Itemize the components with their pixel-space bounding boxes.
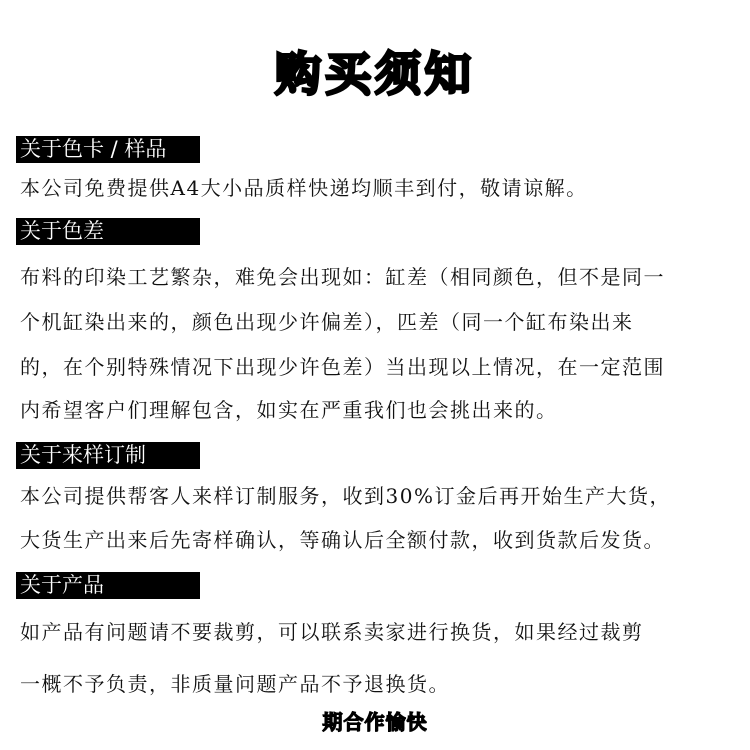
section-text-line: 的，在个别特殊情况下出现少许色差）当出现以上情况，在一定范围 — [20, 353, 665, 381]
section-text-line: 如产品有问题请不要裁剪，可以联系卖家进行换货，如果经过裁剪 — [20, 618, 644, 646]
section-text-line: 布料的印染工艺繁杂，难免会出现如：缸差（相同颜色，但不是同一 — [20, 263, 665, 291]
section-text-line: 个机缸染出来的，颜色出现少许偏差），匹差（同一个缸布染出来 — [20, 308, 634, 336]
section-text-line: 本公司提供帮客人来样订制服务，收到30%订金后再开始生产大货， — [20, 482, 671, 510]
section-heading-color-card: 关于色卡 / 样品 — [16, 136, 200, 163]
page-title: 购买须知 — [0, 44, 750, 104]
section-text-line: 大货生产出来后先寄样确认，等确认后全额付款，收到货款后发货。 — [20, 526, 665, 554]
section-text-line: 本公司免费提供A4大小品质样快递均顺丰到付，敬请谅解。 — [20, 174, 588, 202]
section-text-line: 内希望客户们理解包含，如实在严重我们也会挑出来的。 — [20, 396, 558, 424]
section-heading-custom-sample: 关于来样订制 — [16, 442, 200, 469]
section-heading-color-difference: 关于色差 — [16, 218, 200, 245]
section-text-line: 一概不予负责，非质量问题产品不予退换货。 — [20, 670, 450, 698]
section-heading-product: 关于产品 — [16, 572, 200, 599]
closing-message: 期合作愉快 — [0, 708, 750, 736]
